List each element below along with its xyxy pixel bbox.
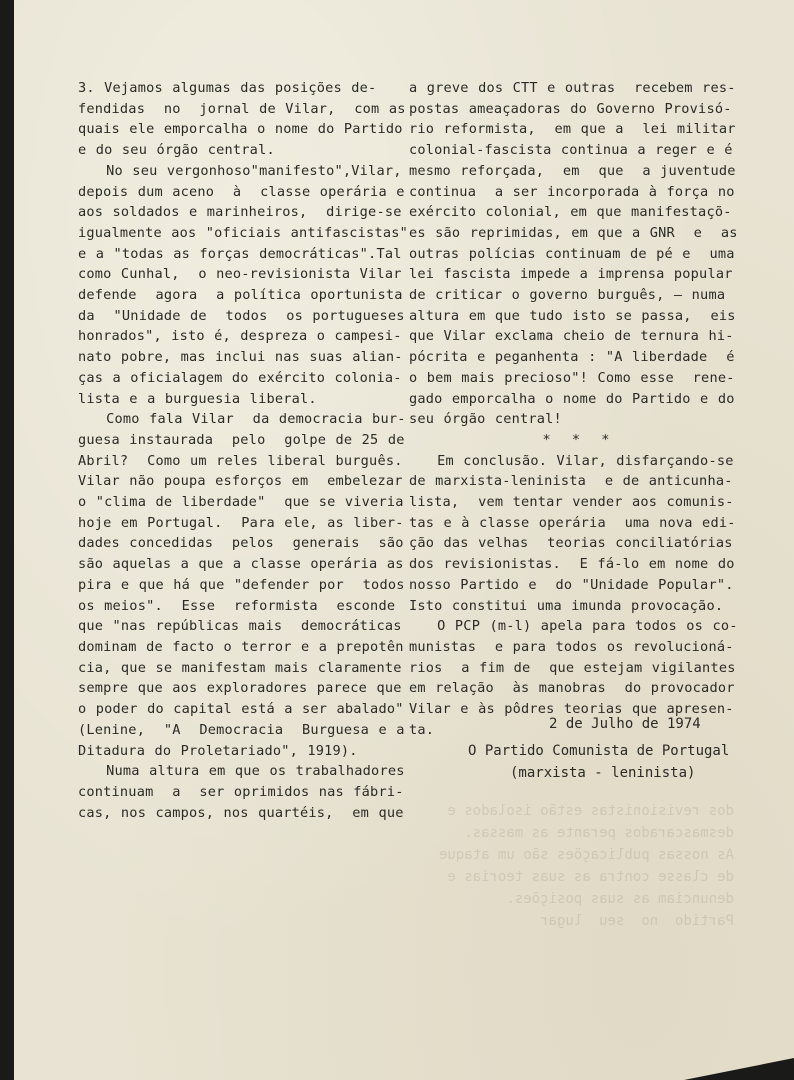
text-line: nato pobre, mas inclui nas suas alian- xyxy=(78,347,408,368)
text-line: da "Unidade de todos os portugueses xyxy=(78,306,408,327)
text-line: rio reformista, em que a lei militar xyxy=(409,119,749,140)
text-line: em relação às manobras do provocador xyxy=(409,678,749,699)
bleed-through-text: dos revisionistas estão isolados e desma… xyxy=(214,800,734,1060)
page-corner-shadow xyxy=(684,1058,794,1080)
text-line: o "clima de liberdade" que se viveria xyxy=(78,492,408,513)
text-line: tas e à classe operária uma nova edi- xyxy=(409,513,749,534)
text-line: lei fascista impede a imprensa popular xyxy=(409,264,749,285)
text-line: Em conclusão. Vilar, disfarçando-se xyxy=(409,451,749,472)
text-line: ças a oficialagem do exército colonia- xyxy=(78,368,408,389)
text-line: colonial-fascista continua a reger e é xyxy=(409,140,749,161)
text-line: são aquelas a que a classe operária as xyxy=(78,554,408,575)
text-line: lista e a burguesia liberal. xyxy=(78,389,408,410)
text-line: continua a ser incorporada à força no xyxy=(409,182,749,203)
left-column: 3. Vejamos algumas das posições de-fendi… xyxy=(78,78,408,823)
signature-subtitle: (marxista - leninista) xyxy=(510,762,695,784)
text-line: Vilar não poupa esforços em embelezar xyxy=(78,471,408,492)
text-line: de criticar o governo burguês, — numa xyxy=(409,285,749,306)
text-line: Abril? Como um reles liberal burguês. xyxy=(78,451,408,472)
section-separator: * * * xyxy=(409,430,749,451)
text-line: continuam a ser oprimidos nas fábri- xyxy=(78,782,408,803)
text-line: munistas e para todos os revolucioná- xyxy=(409,637,749,658)
text-line: sempre que aos exploradores parece que xyxy=(78,678,408,699)
right-column-part-1: a greve dos CTT e outras recebem res-pos… xyxy=(409,78,749,430)
text-line: igualmente aos "oficiais antifascistas" xyxy=(78,223,408,244)
text-line: es são reprimidas, em que a GNR e as xyxy=(409,223,749,244)
text-line: os meios". Esse reformista esconde xyxy=(78,596,408,617)
text-line: que "nas repúblicas mais democráticas xyxy=(78,616,408,637)
text-line: gado emporcalha o nome do Partido e do xyxy=(409,389,749,410)
text-line: Ditadura do Proletariado", 1919). xyxy=(78,741,408,762)
text-line: nosso Partido e do "Unidade Popular". xyxy=(409,575,749,596)
text-line: (Lenine, "A Democracia Burguesa e a xyxy=(78,720,408,741)
text-line: mesmo reforçada, em que a juventude xyxy=(409,161,749,182)
text-line: seu órgão central! xyxy=(409,409,749,430)
text-line: que Vilar exclama cheio de ternura hi- xyxy=(409,326,749,347)
right-column-part-2: Em conclusão. Vilar, disfarçando-sede ma… xyxy=(409,451,749,741)
signature-organization: O Partido Comunista de Portugal xyxy=(468,740,729,762)
text-line: No seu vergonhoso"manifesto",Vilar, xyxy=(78,161,408,182)
text-line: lista, vem tentar vender aos comunis- xyxy=(409,492,749,513)
scanned-page: dos revisionistas estão isolados e desma… xyxy=(14,0,794,1080)
text-line: dominam de facto o terror e a prepotên xyxy=(78,637,408,658)
text-line: a greve dos CTT e outras recebem res- xyxy=(409,78,749,99)
text-line: 3. Vejamos algumas das posições de- xyxy=(78,78,408,99)
text-line: cia, que se manifestam mais claramente xyxy=(78,658,408,679)
text-line: ção das velhas teorias conciliatórias xyxy=(409,533,749,554)
text-line: honrados", isto é, despreza o campesi- xyxy=(78,326,408,347)
text-line: defende agora a política oportunista xyxy=(78,285,408,306)
text-line: postas ameaçadoras do Governo Provisó- xyxy=(409,99,749,120)
text-line: exército colonial, em que manifestaçõ- xyxy=(409,202,749,223)
text-line: Isto constitui uma imunda provocação. xyxy=(409,596,749,617)
text-line: dos revisionistas. E fá-lo em nome do xyxy=(409,554,749,575)
text-line: Numa altura em que os trabalhadores xyxy=(78,761,408,782)
text-line: dades concedidas pelos generais são xyxy=(78,533,408,554)
text-line: o bem mais precioso"! Como esse rene- xyxy=(409,368,749,389)
right-column: a greve dos CTT e outras recebem res-pos… xyxy=(409,78,749,741)
text-line: como Cunhal, o neo-revisionista Vilar xyxy=(78,264,408,285)
signature-date: 2 de Julho de 1974 xyxy=(549,713,701,735)
text-line: O PCP (m-l) apela para todos os co- xyxy=(409,616,749,637)
text-line: fendidas no jornal de Vilar, com as xyxy=(78,99,408,120)
text-line: outras polícias continuam de pé e uma xyxy=(409,244,749,265)
text-line: cas, nos campos, nos quartéis, em que xyxy=(78,803,408,824)
text-line: pócrita e peganhenta : "A liberdade é xyxy=(409,347,749,368)
text-line: quais ele emporcalha o nome do Partido xyxy=(78,119,408,140)
text-line: e do seu órgão central. xyxy=(78,140,408,161)
text-line: altura em que tudo isto se passa, eis xyxy=(409,306,749,327)
text-line: rios a fim de que estejam vigilantes xyxy=(409,658,749,679)
text-line: aos soldados e marinheiros, dirige-se xyxy=(78,202,408,223)
text-line: Como fala Vilar da democracia bur- xyxy=(78,409,408,430)
text-line: pira e que há que "defender por todos xyxy=(78,575,408,596)
text-line: guesa instaurada pelo golpe de 25 de xyxy=(78,430,408,451)
text-line: o poder do capital está a ser abalado" xyxy=(78,699,408,720)
text-line: hoje em Portugal. Para ele, as liber- xyxy=(78,513,408,534)
text-line: depois dum aceno à classe operária e xyxy=(78,182,408,203)
text-line: e a "todas as forças democráticas".Tal xyxy=(78,244,408,265)
text-line: de marxista-leninista e de anticunha- xyxy=(409,471,749,492)
